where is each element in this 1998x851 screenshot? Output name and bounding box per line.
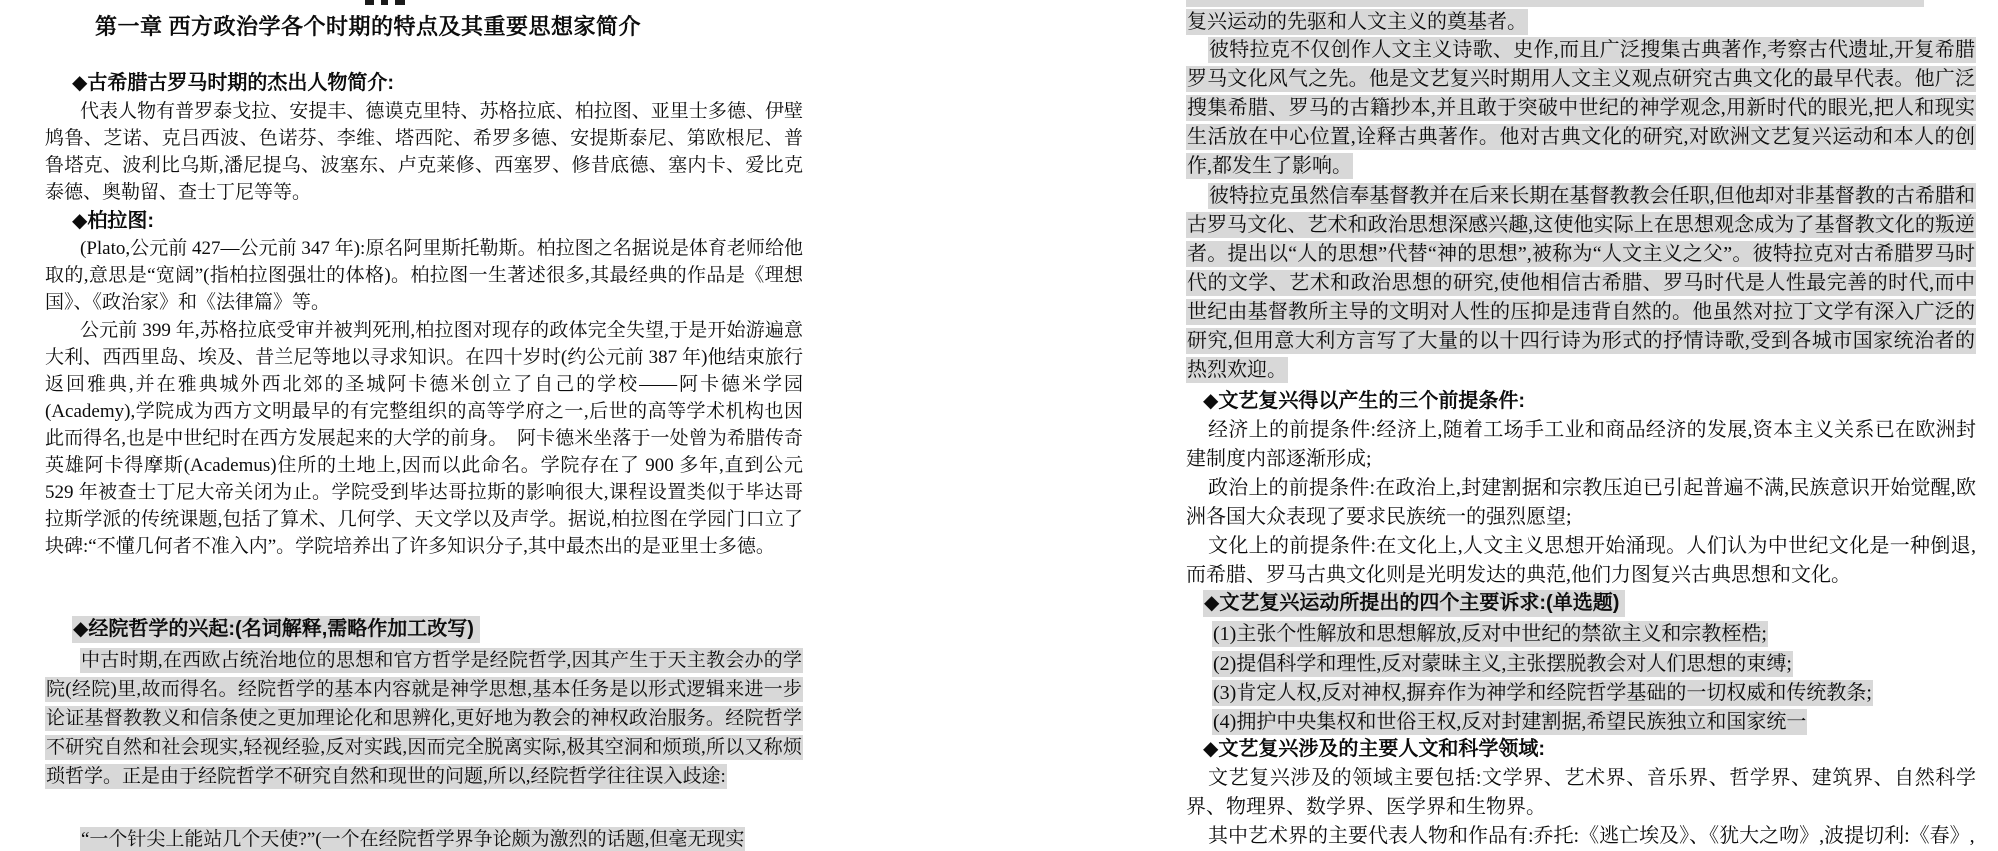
highlighted-item-text: (1)主张个性解放和思想解放,反对中世纪的禁欲主义和宗教桎梏; (1212, 621, 1768, 647)
paragraph-plato-intro: (Plato,公元前 427—公元前 347 年):原名阿里斯托勒斯。柏拉图之名… (45, 235, 803, 316)
paragraph-petrarch-works: 彼特拉克不仅创作人文主义诗歌、史作,而且广泛搜集古典著作,考察古代遗址,开复希腊… (1186, 36, 1976, 181)
paragraph-fields: 文艺复兴涉及的领域主要包括:文学界、艺术界、音乐界、哲学界、建筑界、自然科学界、… (1186, 764, 1976, 822)
list-item-demand-2: (2)提倡科学和理性,反对蒙昧主义,主张摆脱教会对人们思想的束缚; (1212, 650, 1976, 679)
highlighted-heading-text: ◆经院哲学的兴起:(名词解释,需略作加工改写) (72, 616, 480, 643)
highlighted-continuation-text: 复兴运动的先驱和人文主义的奠基者。 (1186, 9, 1528, 35)
page-left: 第一章 西方政治学各个时期的特点及其重要思想家简介 ◆古希腊古罗马时期的杰出人物… (45, 0, 803, 851)
paragraph-scholasticism-quote: “一个针尖上能站几个天使?”(一个在经院哲学界争论颇为激烈的话题,但毫无现实 (45, 826, 803, 851)
section-heading-demands: ◆文艺复兴运动所提出的四个主要诉求:(单选题) (1203, 590, 1976, 617)
highlighted-paragraph-text: 彼特拉克不仅创作人文主义诗歌、史作,而且广泛搜集古典著作,考察古代遗址,开复希腊… (1186, 37, 1976, 179)
clipped-highlighted-line (1186, 0, 1924, 7)
section-heading-fields: ◆文艺复兴涉及的主要人文和科学领域: (1203, 736, 1976, 763)
list-item-demand-1: (1)主张个性解放和思想解放,反对中世纪的禁欲主义和宗教桎梏; (1212, 620, 1976, 649)
chapter-title: 第一章 西方政治学各个时期的特点及其重要思想家简介 (95, 12, 803, 42)
paragraph-renaissance-continuation: 复兴运动的先驱和人文主义的奠基者。 (1186, 8, 1976, 37)
highlighted-item-text: (3)肯定人权,反对神权,摒弃作为神学和经院哲学基础的一切权威和传统教条; (1212, 680, 1873, 706)
section-heading-scholasticism: ◆经院哲学的兴起:(名词解释,需略作加工改写) (72, 616, 803, 643)
highlighted-paragraph-text: 彼特拉克虽然信奉基督教并在后来长期在基督教教会任职,但他却对非基督教的古希腊和古… (1186, 183, 1976, 383)
section-heading-ancient-figures: ◆古希腊古罗马时期的杰出人物简介: (72, 70, 803, 97)
highlighted-item-text: (2)提倡科学和理性,反对蒙昧主义,主张摆脱教会对人们思想的束缚; (1212, 651, 1793, 677)
page-right: 复兴运动的先驱和人文主义的奠基者。 彼特拉克不仅创作人文主义诗歌、史作,而且广泛… (1186, 0, 1976, 851)
highlighted-paragraph-text: 中古时期,在西欧占统治地位的思想和官方哲学是经院哲学,因其产生于天主教会办的学院… (45, 648, 803, 789)
highlighted-item-text: (4)拥护中央集权和世俗王权,反对封建割据,希望民族独立和国家统一 (1212, 709, 1807, 735)
paragraph-plato-academy: 公元前 399 年,苏格拉底受审并被判死刑,柏拉图对现存的政体完全失望,于是开始… (45, 317, 803, 560)
paragraph-premise-economic: 经济上的前提条件:经济上,随着工场手工业和商品经济的发展,资本主义关系已在欧洲封… (1186, 416, 1976, 474)
paragraph-scholasticism: 中古时期,在西欧占统治地位的思想和官方哲学是经院哲学,因其产生于天主教会办的学院… (45, 646, 803, 791)
list-item-demand-3: (3)肯定人权,反对神权,摒弃作为神学和经院哲学基础的一切权威和传统教条; (1212, 679, 1976, 708)
highlighted-heading-text: ◆文艺复兴运动所提出的四个主要诉求:(单选题) (1203, 590, 1625, 617)
list-item-demand-4: (4)拥护中央集权和世俗王权,反对封建割据,希望民族独立和国家统一 (1212, 708, 1976, 737)
section-heading-plato: ◆柏拉图: (72, 208, 803, 235)
clipped-text-fragment (365, 0, 425, 5)
paragraph-petrarch-beliefs: 彼特拉克虽然信奉基督教并在后来长期在基督教教会任职,但他却对非基督教的古希腊和古… (1186, 182, 1976, 385)
paragraph-premise-political: 政治上的前提条件:在政治上,封建割据和宗教压迫已引起普遍不满,民族意识开始觉醒,… (1186, 474, 1976, 532)
paragraph-premise-cultural: 文化上的前提条件:在文化上,人文主义思想开始涌现。人们认为中世纪文化是一种倒退,… (1186, 532, 1976, 590)
paragraph-artists: 其中艺术界的主要代表人物和作品有:乔托:《逃亡埃及》、《犹大之吻》,波提切利:《… (1186, 822, 1976, 851)
highlighted-quote-text: “一个针尖上能站几个天使?”(一个在经院哲学界争论颇为激烈的话题,但毫无现实 (80, 827, 745, 851)
section-heading-premises: ◆文艺复兴得以产生的三个前提条件: (1203, 388, 1976, 415)
paragraph-ancient-figures: 代表人物有普罗泰戈拉、安提丰、德谟克里特、苏格拉底、柏拉图、亚里士多德、伊壁鸠鲁… (45, 98, 803, 206)
